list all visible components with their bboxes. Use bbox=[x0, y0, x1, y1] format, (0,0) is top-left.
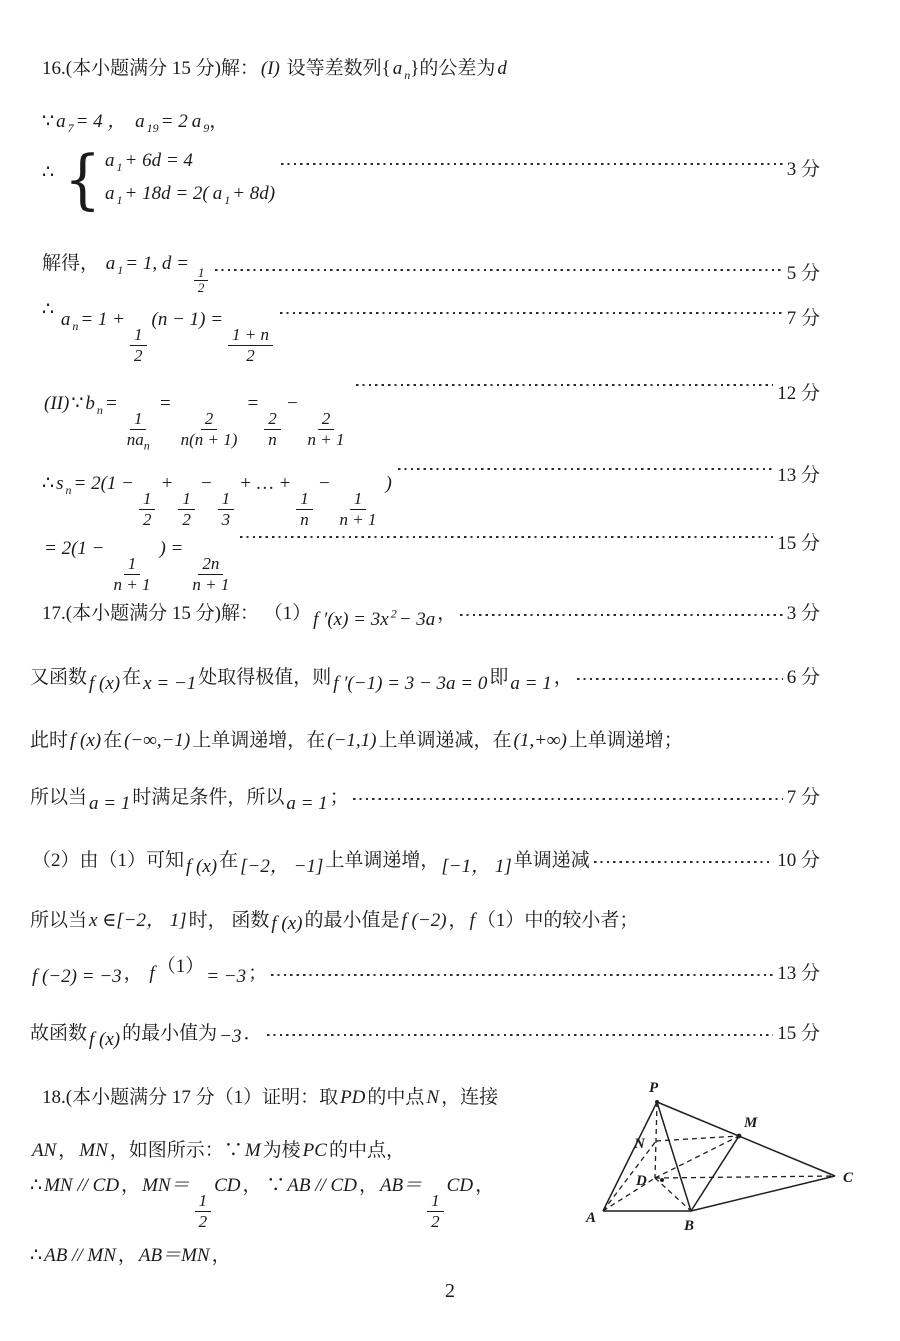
fraction: 12 bbox=[194, 266, 209, 296]
math: = bbox=[159, 393, 172, 414]
numerator: 1 bbox=[296, 489, 313, 510]
math: = −3 bbox=[206, 966, 246, 987]
vertex-P-dot bbox=[655, 1100, 659, 1104]
math: AB // MN bbox=[44, 1245, 116, 1266]
therefore-symbol: ∴ bbox=[42, 299, 54, 320]
math: f (x) bbox=[271, 913, 302, 934]
line-16-2: ∵a7= 4 ， a19= 2a9， bbox=[42, 106, 820, 136]
math: f bbox=[470, 910, 475, 931]
numerator: 2n bbox=[198, 554, 223, 575]
therefore-symbol: ∴ bbox=[42, 161, 54, 184]
line-content: 又函数f (x)在x = −1处取得极值，则f ′(−1) = 3 − 3a =… bbox=[30, 662, 573, 689]
math: a bbox=[192, 111, 202, 132]
edge-PB bbox=[657, 1102, 691, 1211]
math: f bbox=[149, 963, 154, 984]
denominator: 2 bbox=[195, 1212, 212, 1232]
line-16-6: (II)∵bn=1nan=2n(n + 1)=2n−2n + 1 12 分 bbox=[42, 378, 820, 453]
math: a bbox=[61, 309, 71, 330]
math: a bbox=[56, 111, 66, 132]
line-17-5: （2）由（1）可知f (x)在[−2， −1]上单调递增，[−1， 1]单调递减… bbox=[32, 845, 820, 872]
txt: （1）中的较小者； bbox=[477, 910, 639, 931]
math: + … + bbox=[239, 473, 291, 494]
txt: 即 bbox=[489, 667, 508, 688]
score-mark: 12 分 bbox=[777, 378, 820, 405]
math: AB＝MN bbox=[139, 1245, 210, 1266]
system-equations: a1+ 6d = 4 a1+ 18d = 2(a1+ 8d) bbox=[103, 150, 277, 208]
fraction: 12 bbox=[178, 489, 195, 530]
math: − 3a bbox=[399, 609, 436, 630]
fraction: 2nn + 1 bbox=[188, 554, 233, 595]
txt: ， bbox=[242, 1175, 261, 1196]
txt: ， bbox=[58, 1140, 77, 1161]
math: (II) bbox=[44, 393, 69, 414]
vertex-label: B bbox=[683, 1218, 694, 1234]
denominator: n bbox=[264, 430, 281, 450]
line-content: ∴sn= 2(1 −12+12−13+ … +1n−1n + 1) bbox=[42, 472, 394, 530]
edge-BC bbox=[691, 1176, 835, 1211]
edge-DC-hidden bbox=[655, 1176, 835, 1178]
line-content: 所以当a = 1时满足条件，所以a = 1； bbox=[30, 782, 349, 809]
math: MN bbox=[79, 1140, 108, 1161]
txt: ， bbox=[475, 1175, 494, 1196]
math: ) = bbox=[159, 538, 183, 559]
line-content: ∴AB // MN，AB＝MN， bbox=[30, 1240, 231, 1267]
denominator: n + 1 bbox=[304, 430, 349, 450]
equation-2: a1+ 18d = 2(a1+ 8d) bbox=[103, 183, 277, 208]
math: − bbox=[286, 393, 299, 414]
math: N bbox=[426, 1087, 439, 1108]
math: a bbox=[135, 111, 145, 132]
subscript: 7 bbox=[68, 121, 74, 135]
fraction: 1n + 1 bbox=[336, 489, 381, 530]
math: s bbox=[56, 473, 63, 494]
dotted-leader bbox=[460, 614, 782, 619]
line-16-7: ∴sn= 2(1 −12+12−13+ … +1n−1n + 1) 13 分 bbox=[42, 460, 820, 530]
txt: ， bbox=[121, 1175, 140, 1196]
txt: ， bbox=[359, 1175, 378, 1196]
math: a bbox=[105, 150, 115, 171]
txt: ，连接 bbox=[441, 1087, 498, 1108]
math: d bbox=[497, 58, 507, 79]
math: f (x) bbox=[70, 730, 101, 751]
line-16-1: 16.(本小题满分 15 分)解：(I) 设等差数列{an}的公差为d bbox=[42, 53, 820, 83]
numerator: 2 bbox=[264, 409, 281, 430]
numerator: 2 bbox=[318, 409, 335, 430]
page-number: 2 bbox=[0, 1280, 900, 1303]
line-18-3: ∴MN // CD，MN＝12CD， ∵AB // CD，AB＝12CD， bbox=[30, 1170, 570, 1232]
math: = 4 ， bbox=[76, 111, 127, 132]
math: MN // CD bbox=[44, 1175, 119, 1196]
dotted-leader bbox=[356, 384, 774, 389]
denominator: n(n + 1) bbox=[177, 430, 242, 450]
txt: 上单调递增， bbox=[325, 850, 439, 871]
math: CD bbox=[214, 1175, 240, 1196]
dotted-leader bbox=[215, 269, 782, 274]
vertex-label: M bbox=[743, 1115, 758, 1131]
math: − bbox=[200, 473, 213, 494]
score-mark: 3 分 bbox=[787, 598, 820, 625]
score-mark: 15 分 bbox=[777, 528, 820, 555]
txt: 上单调递减，在 bbox=[379, 730, 512, 751]
fraction: 2n + 1 bbox=[304, 409, 349, 450]
because-symbol: ∵ bbox=[71, 393, 83, 414]
math: = 2(1 − bbox=[44, 538, 104, 559]
math: AB // CD bbox=[287, 1175, 357, 1196]
txt: na bbox=[127, 430, 144, 449]
math: + 18d = 2( bbox=[125, 183, 209, 204]
math: = 2 bbox=[161, 111, 188, 132]
subscript: n bbox=[144, 438, 150, 452]
txt: （1） bbox=[157, 956, 205, 977]
subscript: n bbox=[97, 403, 103, 417]
fraction: 13 bbox=[218, 489, 235, 530]
subscript: 1 bbox=[117, 160, 123, 174]
fraction: 12 bbox=[130, 325, 147, 366]
math: M bbox=[245, 1140, 261, 1161]
math: (I) bbox=[261, 58, 280, 79]
txt: 又函数 bbox=[30, 667, 87, 688]
numerator: 1 bbox=[427, 1191, 444, 1212]
dotted-leader bbox=[271, 974, 773, 979]
line-16-5: ∴ an= 1 +12(n − 1) =1 + n2 7 分 bbox=[42, 298, 820, 366]
math: a bbox=[105, 183, 115, 204]
denominator: nan bbox=[123, 430, 154, 453]
math: = 1 + bbox=[80, 309, 125, 330]
line-16-4: 解得， a1= 1, d =12 5 分 bbox=[42, 248, 820, 296]
txt: ． bbox=[243, 1023, 262, 1044]
txt: ， bbox=[209, 111, 228, 132]
line-content: (II)∵bn=1nan=2n(n + 1)=2n−2n + 1 bbox=[42, 392, 352, 453]
subscript: 1 bbox=[224, 193, 230, 207]
txt: ， bbox=[554, 667, 573, 688]
line-17-7: f (−2) = −3， f（1）= −3； 13 分 bbox=[30, 958, 820, 985]
numerator: 1 bbox=[194, 266, 209, 281]
math: a = 1 bbox=[89, 793, 130, 814]
line-17-6: 所以当x ∈[−2， 1]时， 函数f (x)的最小值是f (−2)，f（1）中… bbox=[30, 905, 820, 932]
math: f (−2) bbox=[402, 910, 447, 931]
subscript: 1 bbox=[117, 193, 123, 207]
math: CD bbox=[447, 1175, 473, 1196]
fraction: 1n bbox=[296, 489, 313, 530]
math: f (x) bbox=[186, 856, 217, 877]
math: a bbox=[213, 183, 223, 204]
txt: 在 bbox=[122, 667, 141, 688]
line-18-1: 18.(本小题满分 17 分（1）证明：取PD的中点N，连接 bbox=[42, 1082, 570, 1109]
line-content: 16.(本小题满分 15 分)解：(I) 设等差数列{an}的公差为d bbox=[42, 53, 509, 83]
denominator: 2 bbox=[427, 1212, 444, 1232]
denominator: n + 1 bbox=[188, 575, 233, 595]
math: + 8d) bbox=[232, 183, 275, 204]
txt: 上单调递增，在 bbox=[192, 730, 325, 751]
line-content: 所以当x ∈[−2， 1]时， 函数f (x)的最小值是f (−2)，f（1）中… bbox=[30, 905, 638, 932]
math: f (x) bbox=[89, 1029, 120, 1050]
therefore-symbol: ∴ bbox=[30, 1245, 42, 1266]
math: + 6d = 4 bbox=[125, 150, 193, 171]
txt: }的公差为 bbox=[410, 58, 495, 79]
dotted-leader bbox=[577, 678, 783, 683]
math: MN＝ bbox=[142, 1175, 190, 1196]
math: f ′(x) = 3x bbox=[313, 609, 389, 630]
dotted-leader bbox=[240, 536, 773, 541]
score-mark: 7 分 bbox=[787, 782, 820, 809]
line-17-8: 故函数f (x)的最小值为−3． 15 分 bbox=[30, 1018, 820, 1045]
numerator: 1 + n bbox=[228, 325, 273, 346]
line-17-2: 又函数f (x)在x = −1处取得极值，则f ′(−1) = 3 − 3a =… bbox=[30, 662, 820, 689]
vertex-D-dot bbox=[660, 1178, 664, 1182]
math: x ∈[−2， 1] bbox=[89, 910, 187, 931]
line-17-1: 17.(本小题满分 15 分)解： （1）f ′(x) = 3x2− 3a， 3… bbox=[42, 598, 820, 625]
math: PD bbox=[340, 1087, 365, 1108]
score-mark: 6 分 bbox=[787, 662, 820, 689]
math: [−1， 1] bbox=[441, 856, 511, 877]
because-symbol: ∵ bbox=[224, 1140, 243, 1161]
score-mark: 13 分 bbox=[777, 460, 820, 487]
line-content: ∵a7= 4 ， a19= 2a9， bbox=[42, 106, 228, 136]
txt: 的最小值是 bbox=[305, 910, 400, 931]
line-18-4: ∴AB // MN，AB＝MN， bbox=[30, 1240, 570, 1267]
line-18-2: AN，MN，如图所示：∵M为棱PC的中点， bbox=[30, 1135, 570, 1162]
fraction: 2n(n + 1) bbox=[177, 409, 242, 450]
denominator: 2 bbox=[242, 346, 259, 366]
line-content: AN，MN，如图所示：∵M为棱PC的中点， bbox=[30, 1135, 405, 1162]
math: −3 bbox=[219, 1026, 241, 1047]
numerator: 1 bbox=[124, 554, 141, 575]
txt: ，如图所示： bbox=[110, 1140, 224, 1161]
txt: ， bbox=[124, 963, 143, 984]
math: = bbox=[105, 393, 118, 414]
line-content: = 2(1 −1n + 1) =2nn + 1 bbox=[42, 538, 236, 595]
line-17-3: 此时f (x)在(−∞,−1)上单调递增，在(−1,1)上单调递减，在(1,+∞… bbox=[30, 725, 820, 752]
brace: { bbox=[64, 147, 101, 212]
line-content: ∴MN // CD，MN＝12CD， ∵AB // CD，AB＝12CD， bbox=[30, 1170, 494, 1232]
fraction: 12 bbox=[427, 1191, 444, 1232]
math: f (x) bbox=[89, 673, 120, 694]
txt: 在 bbox=[219, 850, 238, 871]
txt: 此时 bbox=[30, 730, 68, 751]
txt: ， bbox=[212, 1245, 231, 1266]
line-content: （2）由（1）可知f (x)在[−2， −1]上单调递增，[−1， 1]单调递减 bbox=[32, 845, 590, 872]
math: ) bbox=[386, 473, 392, 494]
vertex-M-dot bbox=[737, 1134, 742, 1139]
vertex-label: P bbox=[649, 1080, 659, 1096]
txt: （2）由（1）可知 bbox=[32, 850, 184, 871]
equation-system: ∴ { a1+ 6d = 4 a1+ 18d = 2(a1+ 8d) bbox=[42, 150, 277, 208]
math: = bbox=[246, 393, 259, 414]
score-mark: 10 分 bbox=[777, 845, 820, 872]
txt: 时满足条件，所以 bbox=[132, 787, 284, 808]
txt: 处取得极值，则 bbox=[198, 667, 331, 688]
numerator: 1 bbox=[195, 1191, 212, 1212]
score-mark: 5 分 bbox=[787, 258, 820, 285]
denominator: 2 bbox=[130, 346, 147, 366]
math: a = 1 bbox=[286, 793, 327, 814]
numerator: 1 bbox=[218, 489, 235, 510]
math: PC bbox=[303, 1140, 327, 1161]
math: (1,+∞) bbox=[514, 730, 567, 751]
math: f ′(−1) = 3 − 3a = 0 bbox=[333, 673, 487, 694]
txt: 为棱 bbox=[263, 1140, 301, 1161]
denominator: n + 1 bbox=[109, 575, 154, 595]
numerator: 2 bbox=[201, 409, 218, 430]
exam-answer-page: 16.(本小题满分 15 分)解：(I) 设等差数列{an}的公差为d ∵a7=… bbox=[0, 0, 900, 1341]
math: f (−2) = −3 bbox=[32, 966, 122, 987]
txt: 所以当 bbox=[30, 910, 87, 931]
math: b bbox=[85, 393, 95, 414]
dotted-leader bbox=[398, 468, 773, 473]
math: − bbox=[318, 473, 331, 494]
therefore-symbol: ∴ bbox=[30, 1175, 42, 1196]
txt: 设等差数列{ bbox=[287, 58, 391, 79]
txt: 在 bbox=[103, 730, 122, 751]
txt: 16.(本小题满分 15 分)解： bbox=[42, 58, 259, 79]
txt: 上单调递增； bbox=[569, 730, 683, 751]
subscript: 1 bbox=[117, 263, 123, 277]
line-16-8: = 2(1 −1n + 1) =2nn + 1 15 分 bbox=[42, 528, 820, 595]
score-mark: 15 分 bbox=[777, 1018, 820, 1045]
math: a bbox=[393, 58, 403, 79]
fraction: 1nan bbox=[123, 409, 154, 453]
txt: 18.(本小题满分 17 分（1）证明：取 bbox=[42, 1087, 338, 1108]
math: + bbox=[160, 473, 173, 494]
txt: ∵ bbox=[42, 111, 54, 132]
line-content: 故函数f (x)的最小值为−3． bbox=[30, 1018, 263, 1045]
equation-1: a1+ 6d = 4 bbox=[103, 150, 277, 175]
because-symbol: ∵ bbox=[266, 1175, 285, 1196]
therefore-symbol: ∴ bbox=[42, 473, 54, 494]
math: AB＝ bbox=[380, 1175, 422, 1196]
subscript: 19 bbox=[147, 121, 159, 135]
fraction: 12 bbox=[195, 1191, 212, 1232]
math: x = −1 bbox=[143, 673, 196, 694]
numerator: 1 bbox=[130, 325, 147, 346]
subscript: n bbox=[66, 483, 72, 497]
math: = 2(1 − bbox=[74, 473, 134, 494]
numerator: 1 bbox=[178, 489, 195, 510]
score-mark: 13 分 bbox=[777, 958, 820, 985]
dotted-leader bbox=[594, 861, 773, 866]
vertex-label: A bbox=[585, 1210, 596, 1226]
edge-BM bbox=[691, 1136, 739, 1211]
line-content: 此时f (x)在(−∞,−1)上单调递增，在(−1,1)上单调递减，在(1,+∞… bbox=[30, 725, 683, 752]
geometry-figure: P M N D A B C bbox=[578, 1070, 878, 1245]
dotted-leader bbox=[281, 163, 783, 168]
line-content: 解得， a1= 1, d =12 bbox=[42, 248, 211, 296]
txt: 的中点 bbox=[367, 1087, 424, 1108]
txt: 17.(本小题满分 15 分)解： （1） bbox=[42, 603, 311, 624]
line-content: f (−2) = −3， f（1）= −3； bbox=[30, 958, 267, 985]
vertex-label: C bbox=[843, 1170, 854, 1186]
denominator: 2 bbox=[194, 281, 209, 295]
fraction: 2n bbox=[264, 409, 281, 450]
edge-AN-hidden bbox=[603, 1141, 656, 1211]
math: [−2， −1] bbox=[240, 856, 323, 877]
dotted-leader bbox=[280, 312, 783, 317]
txt: ； bbox=[330, 787, 349, 808]
math: (−1,1) bbox=[327, 730, 376, 751]
fraction: 1 + n2 bbox=[228, 325, 273, 366]
numerator: 1 bbox=[139, 489, 156, 510]
numerator: 1 bbox=[130, 409, 147, 430]
txt: ， bbox=[437, 603, 456, 624]
txt: 时， 函数 bbox=[189, 910, 270, 931]
math: a = 1 bbox=[510, 673, 551, 694]
txt: 解得， bbox=[42, 253, 99, 274]
superscript: 2 bbox=[391, 607, 397, 621]
vertex-label: D bbox=[635, 1173, 647, 1189]
txt: 所以当 bbox=[30, 787, 87, 808]
fraction: 12 bbox=[139, 489, 156, 530]
line-content: 18.(本小题满分 17 分（1）证明：取PD的中点N，连接 bbox=[42, 1082, 498, 1109]
math: = 1, d = bbox=[125, 253, 189, 274]
line-17-4: 所以当a = 1时满足条件，所以a = 1； 7 分 bbox=[30, 782, 820, 809]
fraction: 1n + 1 bbox=[109, 554, 154, 595]
txt: 的最小值为 bbox=[122, 1023, 217, 1044]
txt: 的中点， bbox=[329, 1140, 405, 1161]
txt: ， bbox=[449, 910, 468, 931]
dotted-leader bbox=[353, 798, 783, 803]
score-mark: 3 分 bbox=[787, 154, 820, 181]
txt: 故函数 bbox=[30, 1023, 87, 1044]
edge-PA bbox=[603, 1102, 657, 1211]
edge-PD-hidden bbox=[655, 1102, 657, 1178]
line-content: 17.(本小题满分 15 分)解： （1）f ′(x) = 3x2− 3a， bbox=[42, 598, 456, 625]
math: (−∞,−1) bbox=[124, 730, 190, 751]
math-group: f ′(x) = 3x2− 3a bbox=[311, 609, 437, 630]
vertex-label: N bbox=[633, 1136, 646, 1152]
txt: ； bbox=[248, 963, 267, 984]
txt: ， bbox=[118, 1245, 137, 1266]
numerator: 1 bbox=[350, 489, 367, 510]
math: a bbox=[106, 253, 116, 274]
dotted-leader bbox=[267, 1034, 774, 1039]
txt: 单调递减 bbox=[514, 850, 590, 871]
score-mark: 7 分 bbox=[787, 303, 820, 330]
line-content: ∴ an= 1 +12(n − 1) =1 + n2 bbox=[42, 308, 276, 366]
line-16-3-system: ∴ { a1+ 6d = 4 a1+ 18d = 2(a1+ 8d) 3 分 bbox=[42, 150, 820, 208]
subscript: n bbox=[72, 319, 78, 333]
math: AN bbox=[32, 1140, 56, 1161]
math: (n − 1) = bbox=[152, 309, 224, 330]
